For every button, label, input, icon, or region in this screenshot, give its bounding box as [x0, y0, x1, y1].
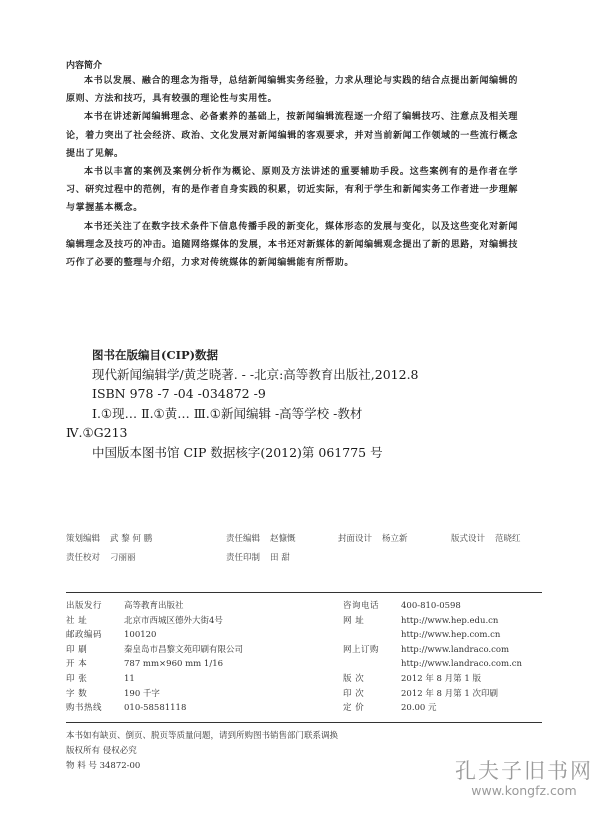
notice-replacement: 本书如有缺页、倒页、脱页等质量问题，请到所购图书销售部门联系调换: [66, 729, 338, 744]
credit-proofreader: 责任校对刁丽丽: [66, 549, 136, 568]
watermark: 孔夫子旧书网 www.kongfz.com: [455, 755, 593, 798]
notice-block: 本书如有缺页、倒页、脱页等质量问题，请到所购图书销售部门联系调换 版权所有 侵权…: [66, 729, 338, 773]
credits-block: 策划编辑武 黎 何 鹏 责任编辑赵慷慨 封面设计杨立新 版式设计范晓红 责任校对…: [66, 530, 566, 568]
pub-row: 字 数190 千字: [66, 687, 326, 702]
intro-paragraph: 本书以丰富的案例及案例分析作为概论、原则及方法讲述的重要辅助手段。这些案例有的是…: [66, 163, 518, 218]
cip-line-classification: Ⅰ.①现… Ⅱ.①黄… Ⅲ.①新闻编辑 -高等学校 -教材 Ⅳ.①G213: [66, 404, 426, 443]
intro-paragraph: 本书在讲述新闻编辑理念、必备素养的基础上，按新闻编辑流程逐一介绍了编辑技巧、注意…: [66, 108, 518, 163]
intro-paragraph: 本书以发展、融合的理念为指导，总结新闻编辑实务经验，力求从理论与实践的结合点提出…: [66, 72, 518, 108]
pub-row: 邮政编码100120: [66, 628, 326, 643]
publication-info-right: 咨询电话400-810-0598 网 址http://www.hep.edu.c…: [343, 599, 573, 716]
pub-row: http://www.landraco.com.cn: [343, 657, 573, 672]
pub-row: 社 址北京市西城区德外大街4号: [66, 614, 326, 629]
intro-body: 本书以发展、融合的理念为指导，总结新闻编辑实务经验，力求从理论与实践的结合点提出…: [66, 72, 518, 272]
cip-line-title: 现代新闻编辑学/黄芝晓著. - -北京:高等教育出版社,2012.8: [66, 365, 426, 384]
credit-layout-design: 版式设计范晓红: [451, 530, 521, 549]
pub-row: 印 次2012 年 8 月第 1 次印刷: [343, 687, 573, 702]
notice-copyright: 版权所有 侵权必究: [66, 744, 338, 759]
cip-line-record: 中国版本图书馆 CIP 数据核字(2012)第 061775 号: [66, 443, 426, 462]
credit-print-supervisor: 责任印制田 甜: [226, 549, 290, 568]
intro-paragraph: 本书还关注了在数字技术条件下信息传播手段的新变化，媒体形态的发展与变化，以及这些…: [66, 218, 518, 273]
divider-bottom: [66, 722, 542, 723]
credit-cover-design: 封面设计杨立新: [338, 530, 408, 549]
cip-heading: 图书在版编目(CIP)数据: [92, 347, 218, 363]
credit-planning-editor: 策划编辑武 黎 何 鹏: [66, 530, 152, 549]
cip-block: 现代新闻编辑学/黄芝晓著. - -北京:高等教育出版社,2012.8 ISBN …: [66, 365, 426, 462]
divider-top: [66, 592, 542, 593]
pub-row: 网上订购http://www.landraco.com: [343, 643, 573, 658]
intro-heading: 内容简介: [66, 58, 102, 71]
pub-row: 开 本787 mm×960 mm 1/16: [66, 657, 326, 672]
pub-row: http://www.hep.com.cn: [343, 628, 573, 643]
watermark-url: www.kongfz.com: [455, 783, 593, 798]
pub-row: 定 价20.00 元: [343, 701, 573, 716]
pub-row: 咨询电话400-810-0598: [343, 599, 573, 614]
credits-row: 责任校对刁丽丽 责任印制田 甜: [66, 549, 566, 568]
credits-row: 策划编辑武 黎 何 鹏 责任编辑赵慷慨 封面设计杨立新 版式设计范晓红: [66, 530, 566, 549]
credit-responsible-editor: 责任编辑赵慷慨: [226, 530, 296, 549]
pub-row: 版 次2012 年 8 月第 1 版: [343, 672, 573, 687]
pub-row: 印 刷秦皇岛市昌黎文苑印刷有限公司: [66, 643, 326, 658]
pub-row: 购书热线010-58581118: [66, 701, 326, 716]
cip-line-isbn: ISBN 978 -7 -04 -034872 -9: [66, 384, 426, 403]
notice-material-number: 物 料 号 34872-00: [66, 759, 338, 774]
pub-row: 出版发行高等教育出版社: [66, 599, 326, 614]
watermark-name: 孔夫子旧书网: [455, 755, 593, 785]
pub-row: 印 张11: [66, 672, 326, 687]
publication-info-left: 出版发行高等教育出版社 社 址北京市西城区德外大街4号 邮政编码100120 印…: [66, 599, 326, 716]
pub-row: 网 址http://www.hep.edu.cn: [343, 614, 573, 629]
